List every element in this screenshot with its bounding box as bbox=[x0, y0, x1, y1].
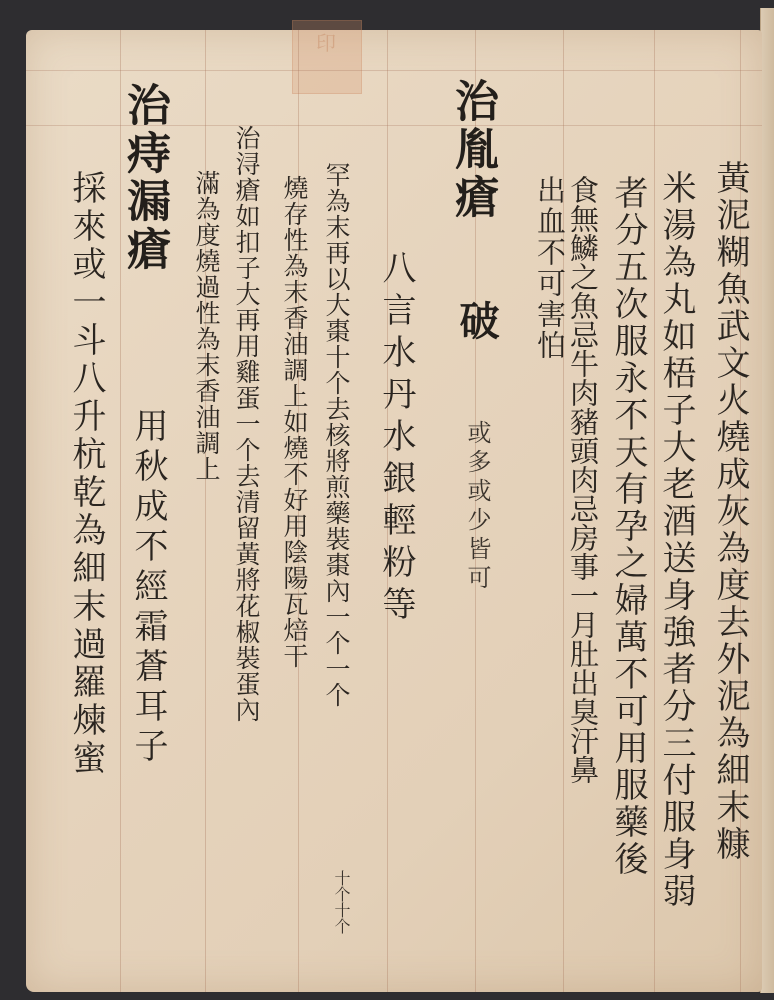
text-column-3: 者分五次服永不天有孕之婦萬不可用服藥後 bbox=[604, 175, 653, 878]
heading-1-suffix: 破 bbox=[448, 300, 505, 344]
text-column-8: 燒存性為末香油調上如燒不好用陰陽瓦焙干 bbox=[276, 175, 312, 669]
text-column-7-note: 十个十个 bbox=[330, 870, 353, 934]
heading-2-body: 用秋成不經霜蒼耳子 bbox=[124, 408, 173, 768]
collector-seal: 印 bbox=[292, 20, 362, 94]
text-column-7: 罕為末再以大棗十个去核將煎藥裝棗內一个一个 bbox=[318, 162, 354, 708]
ingredients-column: 八言水丹水銀輕粉等 bbox=[372, 250, 421, 628]
text-column-11: 採來或一斗八升杭乾為細末過羅煉蜜 bbox=[62, 170, 111, 778]
section-heading-1: 治胤瘡 bbox=[440, 78, 504, 222]
text-column-1: 黃泥糊魚武文火燒成灰為度去外泥為細末糠 bbox=[706, 160, 755, 863]
section-heading-2: 治痔漏瘡 bbox=[112, 82, 176, 274]
text-column-2: 米湯為丸如梧子大老酒送身強者分三付服身弱 bbox=[652, 170, 701, 910]
page-edge bbox=[760, 8, 774, 993]
heading-1-note: 或多或少皆可 bbox=[460, 420, 495, 594]
ruling-line bbox=[26, 70, 762, 71]
text-column-9: 治浔瘡如扣子大再用雞蛋一个去清留黃將花椒裝蛋內 bbox=[228, 125, 264, 723]
text-column-5: 出血不可害怕 bbox=[530, 175, 571, 361]
seal-stamp-icon: 印 bbox=[301, 31, 351, 81]
text-column-10: 滿為度燒過性為末香油調上 bbox=[188, 170, 224, 482]
